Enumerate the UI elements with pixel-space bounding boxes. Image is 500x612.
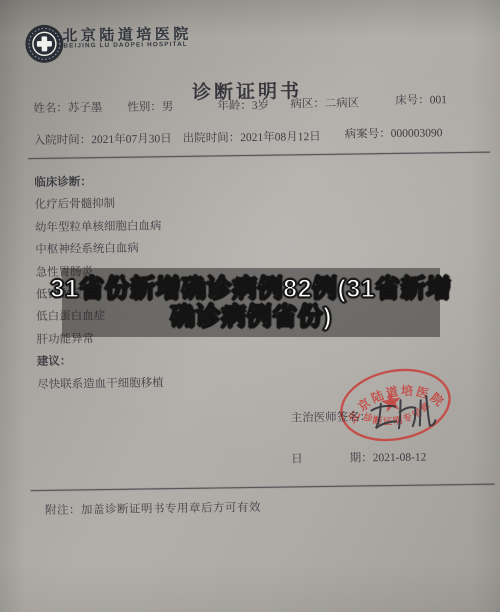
date-label-gap bbox=[303, 462, 350, 463]
diagnosis-item: 化疗后骨髓抑制 bbox=[35, 193, 162, 217]
gender-label: 性别： bbox=[127, 101, 162, 113]
news-overlay-banner: 31省份新增确诊病例82例(31省新增 确诊病例省份) bbox=[62, 268, 440, 337]
footer-divider-line bbox=[31, 484, 495, 491]
advice-label: 建议： bbox=[37, 349, 164, 373]
discharge-label: 出院时间： bbox=[183, 132, 241, 145]
age-value: 3岁 bbox=[252, 100, 269, 112]
diagnosis-section-label: 临床诊断： bbox=[34, 170, 161, 194]
hospital-logo-medical-cross-icon bbox=[24, 24, 65, 65]
footnote-label: 附注： bbox=[45, 504, 81, 517]
name-label: 姓名： bbox=[33, 103, 68, 115]
hospital-name-en: BEIJING LU DAOPEI HOSPITAL bbox=[63, 41, 187, 50]
discharge-value: 2021年08月12日 bbox=[240, 131, 321, 144]
discharge-date-field: 出院时间：2021年08月12日 bbox=[183, 128, 321, 146]
patient-ward-field: 病区：二病区 bbox=[290, 94, 359, 111]
bed-label: 床号： bbox=[395, 94, 430, 106]
record-number-field: 病案号：000003090 bbox=[345, 124, 443, 141]
date-label-left: 日 bbox=[291, 453, 303, 465]
admit-label: 入院时间： bbox=[34, 134, 92, 147]
record-label: 病案号： bbox=[345, 128, 391, 141]
ward-value: 二病区 bbox=[325, 97, 360, 109]
patient-name-field: 姓名：苏子墨 bbox=[33, 99, 102, 116]
patient-bed-field: 床号：001 bbox=[395, 91, 447, 108]
bed-value: 001 bbox=[430, 94, 447, 106]
photographed-diagnosis-certificate: 北京陆道培医院 BEIJING LU DAOPEI HOSPITAL 诊断证明书… bbox=[0, 0, 500, 612]
name-value: 苏子墨 bbox=[68, 102, 103, 114]
patient-age-field: 年龄：3岁 bbox=[217, 97, 269, 114]
gender-value: 男 bbox=[162, 101, 174, 113]
footnote-text: 加盖诊断证明书专用章后方可有效 bbox=[81, 502, 261, 517]
admit-date-field: 入院时间：2021年07月30日 bbox=[34, 130, 172, 148]
admit-value: 2021年07月30日 bbox=[91, 133, 172, 146]
footnote: 附注：加盖诊断证明书专用章后方可有效 bbox=[45, 499, 261, 518]
doctor-handwritten-signature bbox=[364, 387, 443, 437]
ward-label: 病区： bbox=[290, 98, 325, 110]
patient-gender-field: 性别：男 bbox=[127, 98, 173, 115]
advice-text: 尽快联系造血干细胞移植 bbox=[37, 372, 164, 396]
diagnosis-item: 幼年型粒单核细胞白血病 bbox=[35, 215, 162, 239]
banner-line2: 确诊病例省份) bbox=[170, 303, 332, 331]
age-label: 年龄： bbox=[217, 100, 252, 112]
date-value: 2021-08-12 bbox=[373, 452, 427, 465]
header-divider-line bbox=[28, 152, 490, 159]
record-value: 000003090 bbox=[391, 127, 443, 140]
diagnosis-item: 中枢神经系统白血病 bbox=[35, 237, 162, 261]
banner-line1: 31省份新增确诊病例82例(31省新增 bbox=[50, 275, 451, 303]
